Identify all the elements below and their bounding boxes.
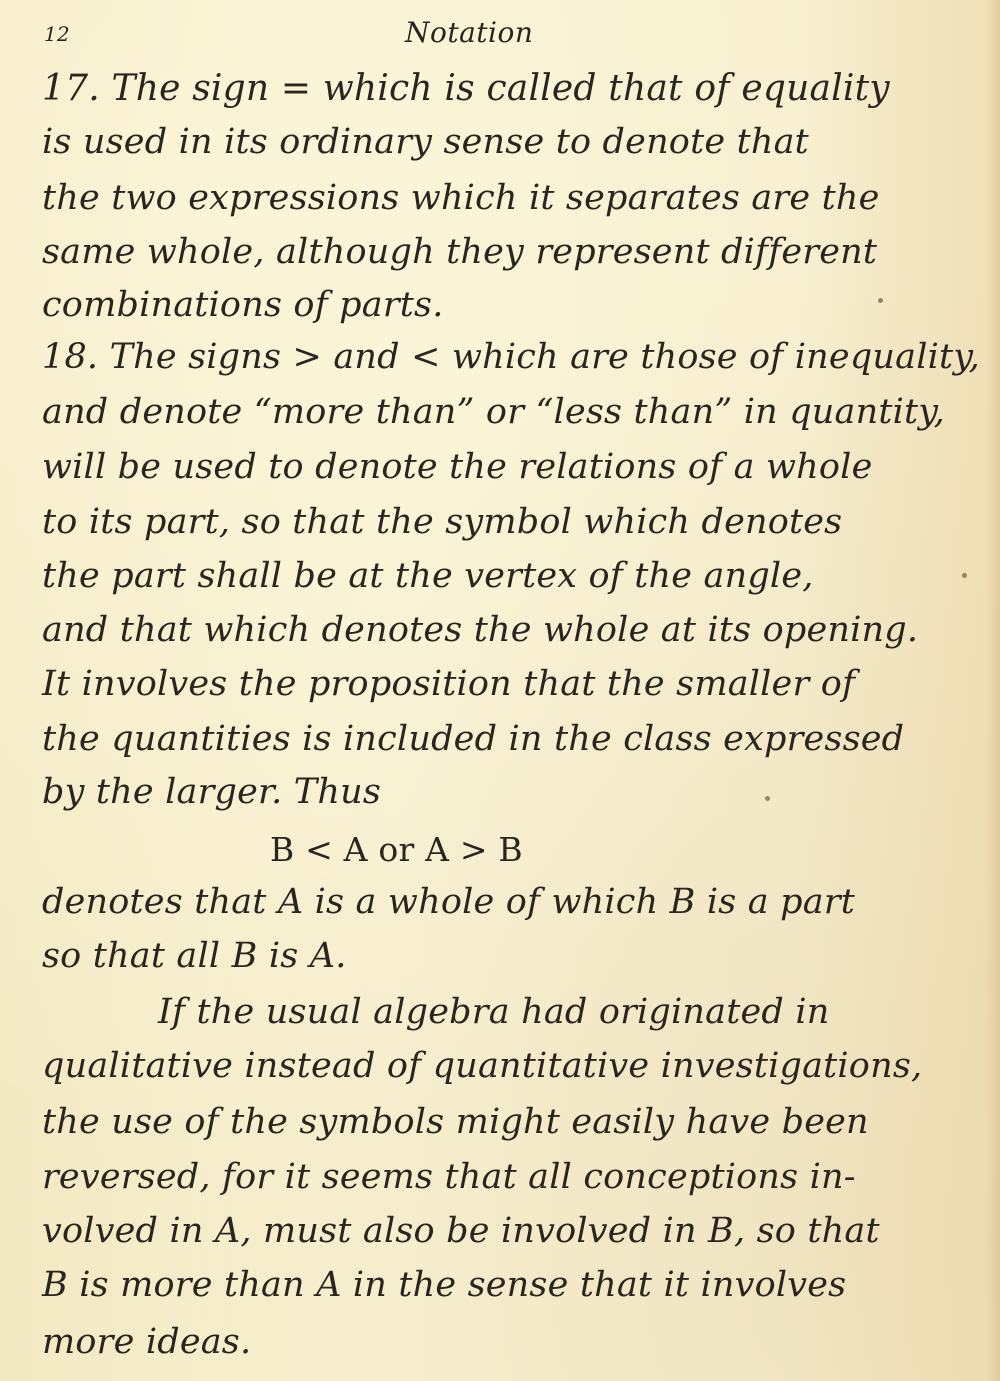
- text-line: more ideas.: [42, 1322, 251, 1362]
- manuscript-page: 12 Notation 17. The sign = which is call…: [0, 0, 1000, 1381]
- text-line: is used in its ordinary sense to denote …: [42, 122, 809, 162]
- text-line: If the usual algebra had originated in: [158, 992, 829, 1032]
- text-line: the part shall be at the vertex of the a…: [42, 556, 814, 596]
- paper-speck: [878, 298, 883, 303]
- text-line: same whole, although they represent diff…: [42, 232, 877, 272]
- text-line: the two expressions which it separates a…: [42, 178, 880, 218]
- text-line: reversed, for it seems that all concepti…: [42, 1157, 856, 1197]
- text-line: and denote “more than” or “less than” in…: [42, 392, 945, 432]
- text-line: combinations of parts.: [42, 285, 444, 325]
- text-line: volved in A, must also be involved in B,…: [42, 1211, 880, 1251]
- text-line: so that all B is A.: [42, 936, 347, 976]
- text-line: the use of the symbols might easily have…: [42, 1102, 869, 1142]
- text-line: It involves the proposition that the sma…: [42, 664, 855, 704]
- paper-speck: [962, 573, 967, 578]
- text-line: 17. The sign = which is called that of e…: [42, 68, 942, 109]
- page-edge-shadow: [986, 0, 1000, 1381]
- text-line: qualitative instead of quantitative inve…: [42, 1046, 922, 1086]
- text-line: will be used to denote the relations of …: [42, 447, 872, 487]
- page-number: 12: [44, 22, 70, 46]
- text-line: and that which denotes the whole at its …: [42, 610, 918, 650]
- paper-speck: [765, 796, 770, 801]
- text-line: denotes that A is a whole of which B is …: [42, 882, 855, 922]
- text-line: 18. The signs > and < which are those of…: [42, 337, 980, 377]
- text-line: by the larger. Thus: [42, 772, 381, 812]
- formula-inequality: B < A or A > B: [270, 830, 523, 869]
- text-line: B is more than A in the sense that it in…: [42, 1265, 846, 1305]
- text-line: to its part, so that the symbol which de…: [42, 502, 842, 542]
- running-title: Notation: [405, 16, 533, 49]
- text-line: the quantities is included in the class …: [42, 719, 904, 759]
